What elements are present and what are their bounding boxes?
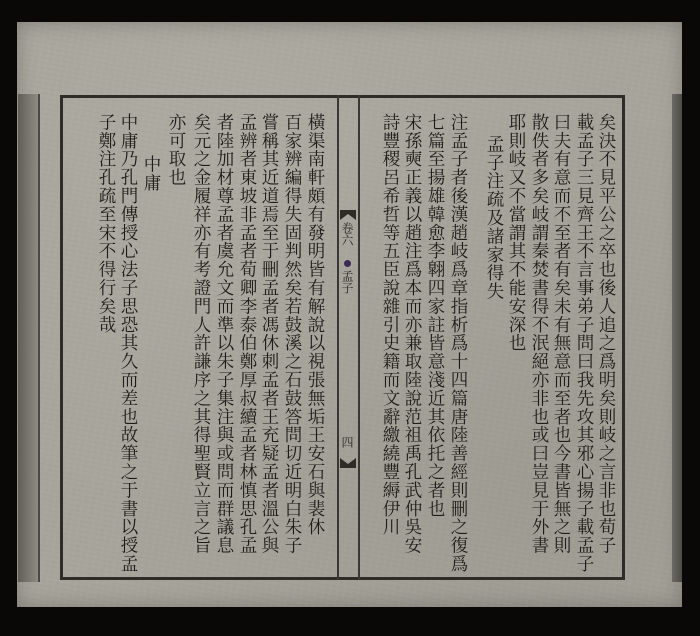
text-column: 矣元之金履祥亦有考證門人許謙序之其得聖賢立言之旨 (191, 113, 211, 555)
section-heading: 孟子注疏及諸家得失 (484, 135, 504, 301)
text-column: 矣決不見平公之卒也後人追之爲明矣則岐之言非也荀子 (596, 113, 616, 555)
text-column: 孟辨者東坡非孟者荀卿李泰伯鄭厚叔續孟者林慎思孔孟 (237, 113, 257, 555)
text-column: 中庸乃孔門傳授心法子思恐其久而差也故筆之于書以授孟 (118, 113, 138, 573)
text-column: 散佚者多矣岐謂秦焚書得不泯絕亦非也或曰豈見于外書 (529, 113, 549, 555)
text-column: 嘗稱其近道焉至于刪孟者馮休刺孟者王充疑孟者溫公與 (259, 113, 279, 555)
spine-border-right (358, 95, 360, 580)
text-column: 者陸加材尊孟者虞允文而準以朱子集注與或問而群議息 (214, 113, 234, 555)
text-column: 百家辨編得失固判然矣若鼓溪之石鼓答問切近明白朱子 (282, 113, 302, 555)
text-column: 亦可取也 (166, 113, 186, 187)
section-heading: 中庸 (141, 155, 161, 192)
text-column: 詩豐稷呂希哲等五臣說雜引史籍而文辭繳繞豐縟伊川 (380, 113, 400, 536)
spine-title: 孟子 (340, 270, 356, 294)
text-column: 載孟子三見齊王不言事弟子問曰我先攻其邪心揚子載孟子 (574, 113, 594, 573)
text-column: 注孟子者後漢趙岐爲章指析爲十四篇唐陸善經則刪之復爲 (448, 113, 468, 573)
left-margin-strip (18, 94, 40, 582)
text-column: 曰夫有意而不至者有矣未有無意而至者也今書皆無之則 (551, 113, 571, 555)
text-column: 子鄭注孔疏至宋不得行矣哉 (96, 113, 116, 334)
text-column: 宋孫奭正義以趙注爲本而亦兼取陸說范祖禹孔武仲吳安 (402, 113, 422, 555)
text-column: 耶則岐又不當謂其不能安深也 (506, 113, 526, 352)
ink-seal-dot-icon (344, 260, 351, 267)
text-column: 橫渠南軒頗有發明皆有解說以視張無垢王安石與裴休 (305, 113, 325, 536)
spine-border-left (337, 95, 339, 580)
right-margin-strip (672, 94, 682, 582)
spine-page-number: 四 (340, 436, 356, 448)
spine-volume: 卷六 (340, 222, 356, 246)
left-margin-line (38, 94, 40, 582)
text-column: 七篇至揚雄韓愈李翺四家註皆意淺近其依托之者也 (425, 113, 445, 518)
